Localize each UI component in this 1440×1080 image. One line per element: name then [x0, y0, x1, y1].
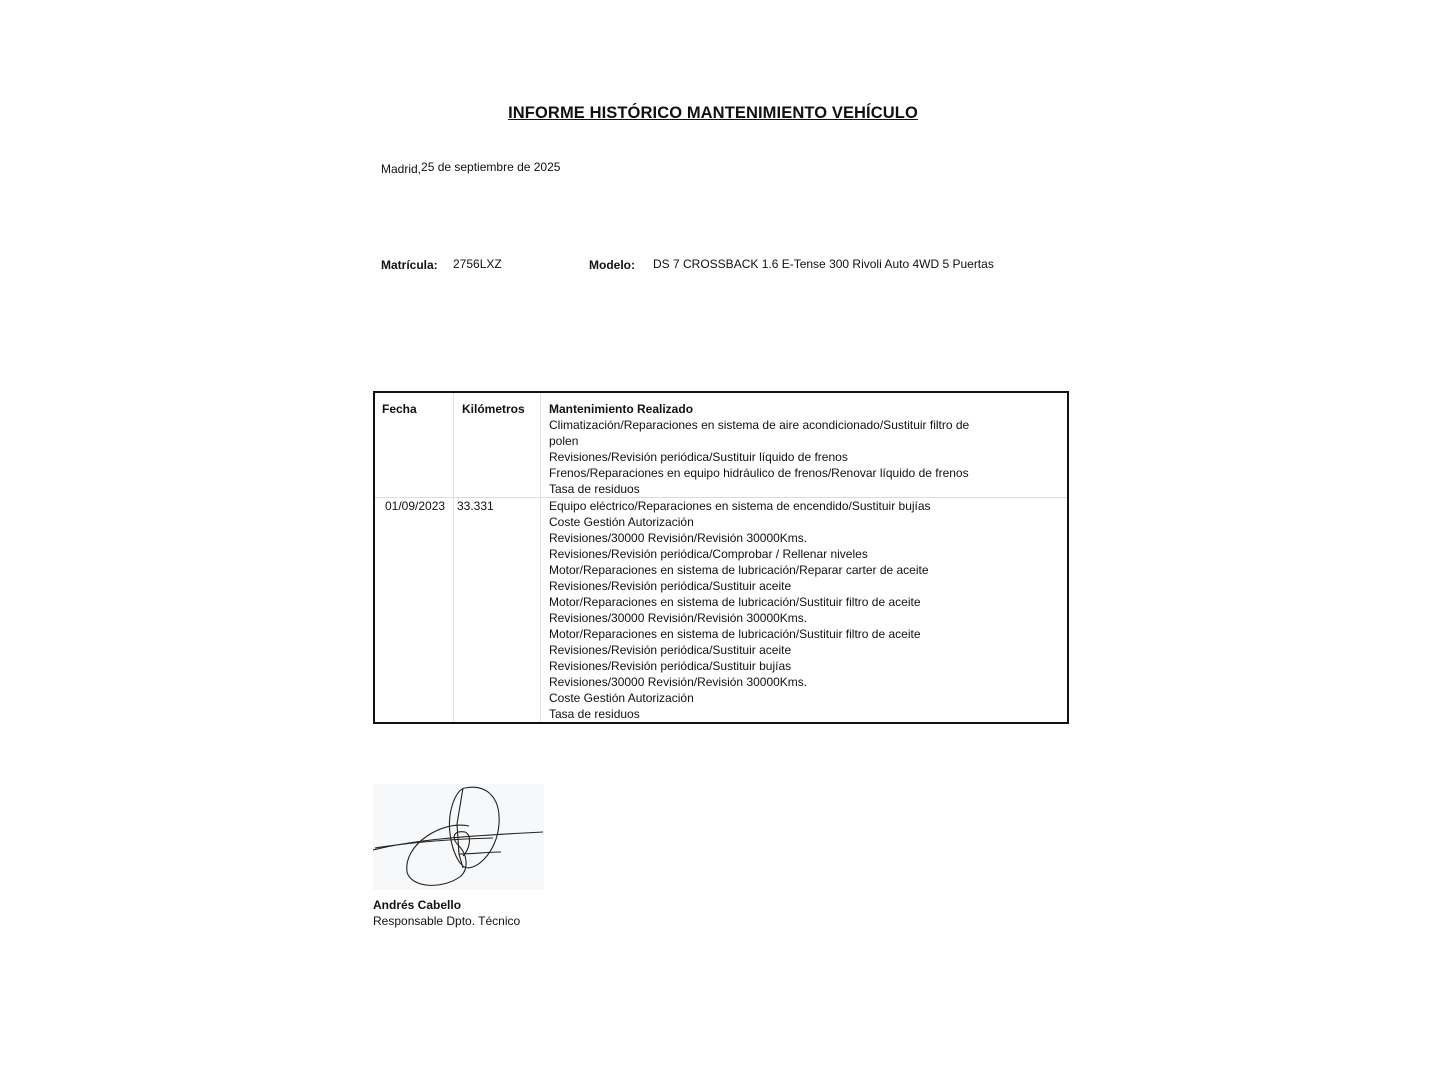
- header-fecha: Fecha: [375, 402, 417, 416]
- maintenance-item: Coste Gestión Autorización: [549, 690, 979, 706]
- maintenance-item: Revisiones/30000 Revisión/Revisión 30000…: [549, 610, 979, 626]
- row-items: Equipo eléctrico/Reparaciones en sistema…: [549, 498, 1067, 722]
- maintenance-item: Equipo eléctrico/Reparaciones en sistema…: [549, 498, 979, 514]
- maintenance-item: Revisiones/Revisión periódica/Sustituir …: [549, 642, 979, 658]
- plate-label: Matrícula:: [381, 258, 438, 272]
- maintenance-item: Revisiones/Revisión periódica/Sustituir …: [549, 578, 979, 594]
- maintenance-item: Tasa de residuos: [549, 481, 979, 497]
- maintenance-table: Fecha Kilómetros Mantenimiento Realizado…: [373, 391, 1069, 724]
- city: Madrid,: [381, 162, 421, 176]
- maintenance-item: Revisiones/Revisión periódica/Sustituir …: [549, 449, 979, 465]
- table-row: 01/09/2023 33.331 Equipo eléctrico/Repar…: [374, 498, 1068, 724]
- maintenance-item: Motor/Reparaciones en sistema de lubrica…: [549, 594, 979, 610]
- model-label: Modelo:: [589, 258, 635, 272]
- dateline: Madrid,25 de septiembre de 2025: [381, 160, 560, 174]
- report-title: INFORME HISTÓRICO MANTENIMIENTO VEHÍCULO: [0, 104, 1426, 123]
- signer-name: Andrés Cabello: [373, 898, 461, 912]
- table-header-row: Fecha Kilómetros Mantenimiento Realizado…: [374, 392, 1068, 498]
- row-fecha: 01/09/2023: [375, 499, 445, 513]
- maintenance-item: Climatización/Reparaciones en sistema de…: [549, 417, 979, 449]
- report-date: 25 de septiembre de 2025: [421, 160, 560, 174]
- maintenance-item: Motor/Reparaciones en sistema de lubrica…: [549, 562, 979, 578]
- header-row-items: Climatización/Reparaciones en sistema de…: [549, 417, 1067, 497]
- maintenance-item: Revisiones/Revisión periódica/Sustituir …: [549, 658, 979, 674]
- row-km: 33.331: [454, 499, 494, 513]
- maintenance-item: Revisiones/30000 Revisión/Revisión 30000…: [549, 674, 979, 690]
- maintenance-item: Tasa de residuos: [549, 706, 979, 722]
- signer-role: Responsable Dpto. Técnico: [373, 914, 520, 928]
- maintenance-item: Coste Gestión Autorización: [549, 514, 979, 530]
- maintenance-item: Motor/Reparaciones en sistema de lubrica…: [549, 626, 979, 642]
- model-value: DS 7 CROSSBACK 1.6 E-Tense 300 Rivoli Au…: [653, 257, 994, 271]
- signature-image: [373, 784, 544, 890]
- signature-icon: [373, 784, 544, 890]
- maintenance-item: Revisiones/Revisión periódica/Comprobar …: [549, 546, 979, 562]
- maintenance-item: Frenos/Reparaciones en equipo hidráulico…: [549, 465, 979, 481]
- header-desc: Mantenimiento Realizado: [549, 401, 979, 417]
- plate-value: 2756LXZ: [453, 257, 502, 271]
- header-km: Kilómetros: [454, 402, 525, 416]
- maintenance-item: Revisiones/30000 Revisión/Revisión 30000…: [549, 530, 979, 546]
